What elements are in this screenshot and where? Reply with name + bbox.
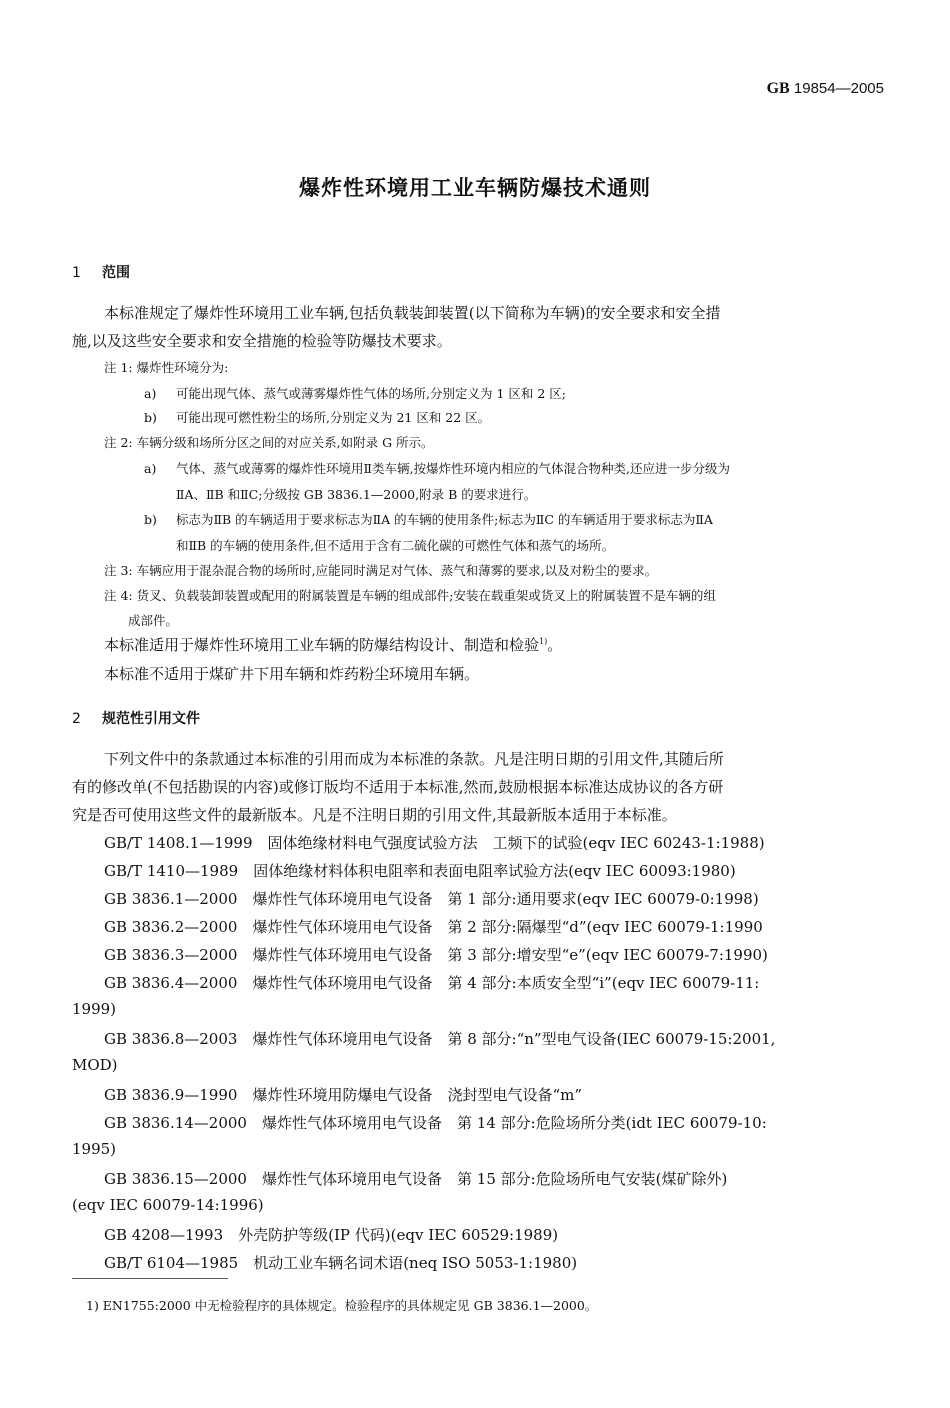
note-1-item-a: a)可能出现气体、蒸气或薄雾爆炸性气体的场所,分别定义为 1 区和 2 区; (144, 384, 566, 402)
note-1-item-b: b)可能出现可燃性粉尘的场所,分别定义为 21 区和 22 区。 (144, 408, 490, 426)
note-text: 车辆应用于混杂混合物的场所时,应能同时满足对气体、蒸气和薄雾的要求,以及对粉尘的… (137, 563, 657, 578)
references-intro-line1: 下列文件中的条款通过本标准的引用而成为本标准的条款。凡是注明日期的引用文件,其随… (104, 748, 724, 769)
reference-item: GB/T 1410—1989 固体绝缘材料体积电阻率和表面电阻率试验方法(eqv… (104, 860, 736, 881)
section-title: 范围 (102, 265, 130, 281)
reference-item: GB 3836.3—2000 爆炸性气体环境用电气设备 第 3 部分:增安型“e… (104, 944, 768, 965)
paragraph-end: 。 (547, 636, 562, 654)
reference-item: GB 4208—1993 外壳防护等级(IP 代码)(eqv IEC 60529… (104, 1224, 558, 1245)
references-intro-line2: 有的修改单(不包括勘误的内容)或修订版均不适用于本标准,然而,鼓励根据本标准达成… (72, 776, 723, 797)
reference-code: GB 3836.8—2003 (104, 1030, 237, 1048)
item-text: 可能出现可燃性粉尘的场所,分别定义为 21 区和 22 区。 (176, 410, 490, 425)
note-label: 注 2: (104, 435, 133, 450)
footnote-ref[interactable]: 1) (539, 637, 547, 646)
reference-code: GB 3836.15—2000 (104, 1170, 247, 1188)
note-text: 货叉、负载装卸装置或配用的附属装置是车辆的组成部件;安装在载重架或货叉上的附属装… (137, 588, 716, 603)
footnote: 1) EN1755:2000 中无检验程序的具体规定。检验程序的具体规定见 GB… (86, 1296, 597, 1314)
reference-title: 固体绝缘材料体积电阻率和表面电阻率试验方法(eqv IEC 60093:1980… (253, 862, 736, 880)
reference-item: GB 3836.15—2000 爆炸性气体环境用电气设备 第 15 部分:危险场… (104, 1168, 727, 1189)
reference-item: GB 3836.8—2003 爆炸性气体环境用电气设备 第 8 部分:“n”型电… (104, 1028, 775, 1049)
document-code-prefix: GB (767, 80, 790, 97)
note-3: 注 3: 车辆应用于混杂混合物的场所时,应能同时满足对气体、蒸气和薄雾的要求,以… (104, 561, 657, 579)
document-code-number: 19854—2005 (794, 80, 884, 97)
reference-item: GB 3836.2—2000 爆炸性气体环境用电气设备 第 2 部分:隔爆型“d… (104, 916, 763, 937)
reference-wrap: (eqv IEC 60079-14:1996) (72, 1196, 264, 1214)
reference-title: 爆炸性环境用防爆电气设备 浇封型电气设备“m” (252, 1086, 582, 1104)
references-intro-line3: 究是否可使用这些文件的最新版本。凡是不注明日期的引用文件,其最新版本适用于本标准… (72, 804, 677, 825)
reference-title: 爆炸性气体环境用电气设备 第 1 部分:通用要求(eqv IEC 60079-0… (252, 890, 758, 908)
reference-code: GB 3836.4—2000 (104, 974, 237, 992)
note-text: 爆炸性环境分为: (137, 360, 229, 375)
reference-wrap: MOD) (72, 1056, 118, 1074)
section-title: 规范性引用文件 (102, 711, 200, 727)
scope-paragraph-line1: 本标准规定了爆炸性环境用工业车辆,包括负载装卸装置(以下简称为车辆)的安全要求和… (104, 302, 720, 323)
reference-item: GB 3836.14—2000 爆炸性气体环境用电气设备 第 14 部分:危险场… (104, 1112, 767, 1133)
scope-exclusion: 本标准不适用于煤矿井下用车辆和炸药粉尘环境用车辆。 (104, 663, 479, 684)
document-code: GB 19854—2005 (767, 80, 884, 98)
note-1: 注 1: 爆炸性环境分为: (104, 358, 228, 376)
note-4: 注 4: 货叉、负载装卸装置或配用的附属装置是车辆的组成部件;安装在载重架或货叉… (104, 586, 716, 604)
reference-item: GB 3836.9—1990 爆炸性环境用防爆电气设备 浇封型电气设备“m” (104, 1084, 582, 1105)
note-label: 注 1: (104, 360, 133, 375)
reference-code: GB/T 1410—1989 (104, 862, 238, 880)
scope-paragraph-line2: 施,以及这些安全要求和安全措施的检验等防爆技术要求。 (72, 330, 452, 351)
item-text: 标志为ⅡB 的车辆适用于要求标志为ⅡA 的车辆的使用条件;标志为ⅡC 的车辆适用… (176, 512, 713, 527)
reference-title: 固体绝缘材料电气强度试验方法 工频下的试验(eqv IEC 60243-1:19… (268, 834, 765, 852)
reference-code: GB/T 6104—1985 (104, 1254, 238, 1272)
note-2: 注 2: 车辆分级和场所分区之间的对应关系,如附录 G 所示。 (104, 433, 434, 451)
reference-code: GB 3836.3—2000 (104, 946, 237, 964)
reference-wrap: 1995) (72, 1140, 116, 1158)
document-title: 爆炸性环境用工业车辆防爆技术通则 (0, 172, 950, 202)
reference-item: GB 3836.4—2000 爆炸性气体环境用电气设备 第 4 部分:本质安全型… (104, 972, 759, 993)
item-text: 气体、蒸气或薄雾的爆炸性环境用Ⅱ类车辆,按爆炸性环境内相应的气体混合物种类,还应… (176, 461, 730, 476)
item-label: b) (144, 512, 176, 527)
reference-item: GB/T 1408.1—1999 固体绝缘材料电气强度试验方法 工频下的试验(e… (104, 832, 765, 853)
reference-title: 爆炸性气体环境用电气设备 第 4 部分:本质安全型“i”(eqv IEC 600… (252, 974, 759, 992)
reference-code: GB 3836.9—1990 (104, 1086, 237, 1104)
reference-title: 爆炸性气体环境用电气设备 第 14 部分:危险场所分类(idt IEC 6007… (262, 1114, 767, 1132)
reference-wrap: 1999) (72, 1000, 116, 1018)
item-label: b) (144, 410, 176, 425)
section-2-heading: 2规范性引用文件 (72, 708, 200, 728)
note-2-item-a-cont: ⅡA、ⅡB 和ⅡC;分级按 GB 3836.1—2000,附录 B 的要求进行。 (176, 485, 536, 503)
reference-title: 爆炸性气体环境用电气设备 第 2 部分:隔爆型“d”(eqv IEC 60079… (252, 918, 762, 936)
reference-item: GB 3836.1—2000 爆炸性气体环境用电气设备 第 1 部分:通用要求(… (104, 888, 759, 909)
item-label: a) (144, 386, 176, 401)
reference-code: GB/T 1408.1—1999 (104, 834, 253, 852)
section-number: 1 (72, 265, 102, 281)
note-2-item-b: b)标志为ⅡB 的车辆适用于要求标志为ⅡA 的车辆的使用条件;标志为ⅡC 的车辆… (144, 510, 713, 528)
reference-title: 爆炸性气体环境用电气设备 第 8 部分:“n”型电气设备(IEC 60079-1… (252, 1030, 775, 1048)
note-label: 注 4: (104, 588, 133, 603)
footnote-divider (72, 1278, 228, 1279)
reference-code: GB 3836.2—2000 (104, 918, 237, 936)
reference-item: GB/T 6104—1985 机动工业车辆名词术语(neq ISO 5053-1… (104, 1252, 577, 1273)
section-number: 2 (72, 711, 102, 727)
reference-title: 机动工业车辆名词术语(neq ISO 5053-1:1980) (253, 1254, 577, 1272)
section-1-heading: 1范围 (72, 262, 130, 282)
item-text: 可能出现气体、蒸气或薄雾爆炸性气体的场所,分别定义为 1 区和 2 区; (176, 386, 566, 401)
paragraph-text: 本标准适用于爆炸性环境用工业车辆的防爆结构设计、制造和检验 (104, 636, 539, 654)
reference-title: 爆炸性气体环境用电气设备 第 15 部分:危险场所电气安装(煤矿除外) (262, 1170, 727, 1188)
reference-title: 爆炸性气体环境用电气设备 第 3 部分:增安型“e”(eqv IEC 60079… (252, 946, 767, 964)
item-label: a) (144, 461, 176, 476)
note-2-item-b-cont: 和ⅡB 的车辆的使用条件,但不适用于含有二硫化碳的可燃性气体和蒸气的场所。 (176, 536, 614, 554)
scope-applicability: 本标准适用于爆炸性环境用工业车辆的防爆结构设计、制造和检验1)。 (104, 634, 562, 655)
reference-title: 外壳防护等级(IP 代码)(eqv IEC 60529:1989) (238, 1226, 558, 1244)
note-4-cont: 成部件。 (128, 611, 178, 629)
reference-code: GB 3836.14—2000 (104, 1114, 247, 1132)
reference-code: GB 3836.1—2000 (104, 890, 237, 908)
note-2-item-a: a)气体、蒸气或薄雾的爆炸性环境用Ⅱ类车辆,按爆炸性环境内相应的气体混合物种类,… (144, 459, 730, 477)
note-label: 注 3: (104, 563, 133, 578)
note-text: 车辆分级和场所分区之间的对应关系,如附录 G 所示。 (137, 435, 434, 450)
reference-code: GB 4208—1993 (104, 1226, 223, 1244)
